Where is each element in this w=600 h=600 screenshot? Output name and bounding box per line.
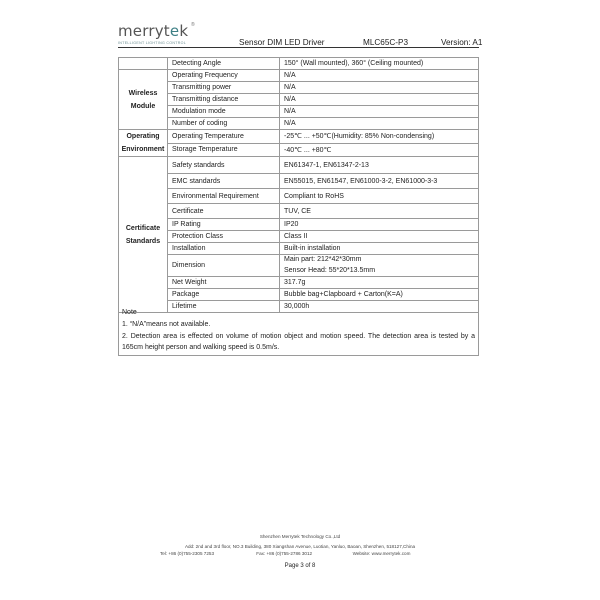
- model-number: MLC65C-P3: [363, 38, 408, 47]
- spec-key: Certificate: [168, 204, 280, 219]
- table-row: Operating Environment Operating Temperat…: [119, 130, 479, 144]
- spec-key: Storage Temperature: [168, 143, 280, 157]
- table-row: Modulation mode N/A: [119, 106, 479, 118]
- table-row: Number of coding N/A: [119, 118, 479, 130]
- spec-key: Operating Frequency: [168, 70, 280, 82]
- table-row: Detecting Angle 150° (Wall mounted), 360…: [119, 58, 479, 70]
- spec-value: EN61347-1, EN61347-2-13: [280, 157, 479, 174]
- table-row: Package Bubble bag+Clapboard + Carton(K=…: [119, 289, 479, 301]
- table-row: Dimension Main part: 212*42*30mm Sensor …: [119, 255, 479, 277]
- table-row: Environmental Requirement Compliant to R…: [119, 189, 479, 204]
- spec-value: -25℃ ... +50℃(Humidity: 85% Non-condensi…: [280, 130, 479, 144]
- note-item: 165cm height person and walking speed is…: [119, 342, 478, 354]
- spec-value: 317.7g: [280, 277, 479, 289]
- spec-key: Safety standards: [168, 157, 280, 174]
- spec-key: EMC standards: [168, 174, 280, 189]
- document-title: Sensor DIM LED Driver: [239, 38, 325, 47]
- spec-value: -40℃ ... +80℃: [280, 143, 479, 157]
- spec-value: IP20: [280, 219, 479, 231]
- logo-tagline: INTELLIGENT LIGHTING CONTROL: [118, 41, 186, 45]
- spec-key: Dimension: [168, 255, 280, 277]
- table-row: Storage Temperature -40℃ ... +80℃: [119, 143, 479, 157]
- footer-address: Add: 2nd and 3rd floor, NO.3 Building, 3…: [0, 544, 600, 549]
- spec-value: N/A: [280, 106, 479, 118]
- group-certificate-standards: Certificate Standards: [119, 157, 168, 313]
- spec-value: N/A: [280, 94, 479, 106]
- footer-tel: Tel: +86 (0)755-2305 7253: [160, 551, 255, 556]
- spec-key: IP Rating: [168, 219, 280, 231]
- specification-table: Detecting Angle 150° (Wall mounted), 360…: [118, 57, 479, 313]
- spec-key: Detecting Angle: [168, 58, 280, 70]
- footer-company: Shenzhen Merrytek Technology Co.,Ltd: [0, 534, 600, 539]
- spec-key: Environmental Requirement: [168, 189, 280, 204]
- spec-value: Class II: [280, 231, 479, 243]
- table-row: Certificate TUV, CE: [119, 204, 479, 219]
- spec-value: Built-in installation: [280, 243, 479, 255]
- table-row: Net Weight 317.7g: [119, 277, 479, 289]
- dimension-sensor-head: Sensor Head: 55*20*13.5mm: [284, 266, 474, 277]
- table-row: EMC standards EN55015, EN61547, EN61000-…: [119, 174, 479, 189]
- logo-wordmark: merrytek: [118, 22, 188, 40]
- spec-key: Package: [168, 289, 280, 301]
- spec-value: 150° (Wall mounted), 360° (Ceiling mount…: [280, 58, 479, 70]
- spec-value: Main part: 212*42*30mm Sensor Head: 55*2…: [280, 255, 479, 277]
- spec-value: N/A: [280, 82, 479, 94]
- notes-section: Note 1. “N/A”means not available. 2. Det…: [118, 306, 479, 356]
- spec-key: Installation: [168, 243, 280, 255]
- spec-key: Protection Class: [168, 231, 280, 243]
- table-row: Wireless Module Operating Frequency N/A: [119, 70, 479, 82]
- dimension-main-part: Main part: 212*42*30mm: [284, 255, 474, 266]
- spec-value: EN55015, EN61547, EN61000-3-2, EN61000-3…: [280, 174, 479, 189]
- merrytek-logo: merrytek ® INTELLIGENT LIGHTING CONTROL: [118, 22, 198, 46]
- table-row: IP Rating IP20: [119, 219, 479, 231]
- footer-website[interactable]: Website: www.merrytek.com: [353, 551, 411, 556]
- spec-value: N/A: [280, 118, 479, 130]
- group-cell: [119, 58, 168, 70]
- spec-key: Transmitting power: [168, 82, 280, 94]
- registered-mark: ®: [191, 22, 195, 28]
- spec-value: Bubble bag+Clapboard + Carton(K=A): [280, 289, 479, 301]
- table-row: Installation Built-in installation: [119, 243, 479, 255]
- header-divider: [118, 47, 479, 48]
- document-version: Version: A1: [441, 38, 482, 47]
- table-row: Transmitting distance N/A: [119, 94, 479, 106]
- page-number: Page 3 of 8: [0, 563, 600, 569]
- group-wireless-module: Wireless Module: [119, 70, 168, 130]
- spec-key: Number of coding: [168, 118, 280, 130]
- group-operating-environment: Operating Environment: [119, 130, 168, 157]
- spec-value: Compliant to RoHS: [280, 189, 479, 204]
- spec-key: Transmitting distance: [168, 94, 280, 106]
- table-row: Transmitting power N/A: [119, 82, 479, 94]
- table-row: Protection Class Class II: [119, 231, 479, 243]
- note-title: Note: [119, 307, 478, 319]
- table-row: Certificate Standards Safety standards E…: [119, 157, 479, 174]
- footer-contact: Tel: +86 (0)755-2305 7253 Fax: +86 (0)75…: [160, 551, 460, 556]
- footer-fax: Fax: +86 (0)755-2786 3012: [256, 551, 351, 556]
- spec-value: TUV, CE: [280, 204, 479, 219]
- spec-value: N/A: [280, 70, 479, 82]
- spec-key: Operating Temperature: [168, 130, 280, 144]
- note-item: 1. “N/A”means not available.: [119, 319, 478, 331]
- spec-key: Modulation mode: [168, 106, 280, 118]
- note-item: 2. Detection area is effected on volume …: [119, 331, 478, 343]
- spec-key: Net Weight: [168, 277, 280, 289]
